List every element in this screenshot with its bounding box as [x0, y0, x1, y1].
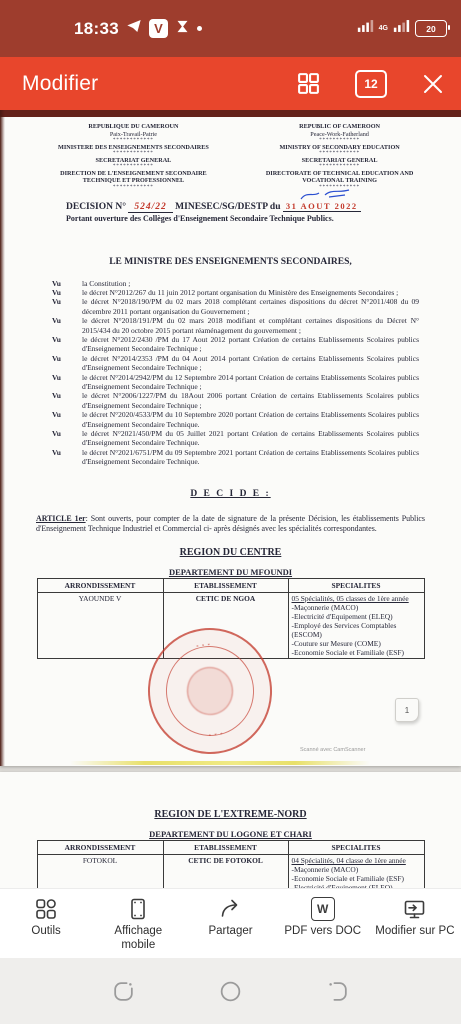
letterhead-direction-fr: DIRECTION DE L'ENSEIGNEMENT SECONDAIRE T…: [42, 170, 225, 185]
minister-heading: LE MINISTRE DES ENSEIGNEMENTS SECONDAIRE…: [0, 257, 461, 267]
vu-label: Vu: [52, 391, 82, 410]
tools-label: Outils: [31, 925, 60, 939]
camscanner-footer: Scanné avec CamScanner: [300, 747, 365, 753]
specialites-intro: 05 Spécialités, 05 classes de 1ère année: [292, 594, 421, 603]
region-heading: REGION DU CENTRE: [0, 547, 461, 558]
monitor-arrow-icon: [402, 896, 427, 922]
mobile-view-button[interactable]: Affichage mobile: [92, 896, 184, 952]
cell-arrondissement: FOTOKOL: [37, 855, 163, 889]
letterhead-motto-fr: Paix-Travail-Patrie: [42, 131, 225, 139]
specialty: -Maçonnerie (MACO): [292, 603, 421, 612]
decision-middle: MINESEC/SG/DESTP du: [175, 202, 280, 212]
specialty: -Economie Sociale et Familiale (ESF): [292, 874, 421, 883]
vu-item: Vule décret N°2014/2353 /PM du 04 Aout 2…: [52, 354, 419, 373]
document-canvas[interactable]: REPUBLIQUE DU CAMEROUN Paix-Travail-Patr…: [0, 110, 461, 888]
letterhead-country-fr: REPUBLIQUE DU CAMEROUN: [42, 123, 225, 131]
letterhead-ministry-fr: MINISTERE DES ENSEIGNEMENTS SECONDAIRES: [42, 144, 225, 152]
vu-text: le décret N°2021/6751/PM du 09 Septembre…: [82, 448, 419, 467]
vu-item: Vule décret N°2021/6751/PM du 09 Septemb…: [52, 448, 419, 467]
recents-nav-icon[interactable]: [111, 979, 136, 1004]
back-nav-icon[interactable]: [325, 979, 350, 1004]
stars-divider: ************: [42, 185, 225, 191]
vu-item: Vula Constitution ;: [52, 279, 419, 288]
hourglass-icon: [175, 19, 190, 39]
vu-item: Vule décret N°2021/450/PM du 05 Juillet …: [52, 429, 419, 448]
letterhead-secretariat-en: SECRETARIAT GENERAL: [248, 157, 431, 165]
pen-signature-mark: [299, 187, 351, 208]
vu-item: Vule décret N°2014/2942/PM du 12 Septemb…: [52, 373, 419, 392]
decision-prefix: DECISION N°: [66, 202, 126, 212]
vu-item: Vule décret N°2018/190/PM du 02 mars 201…: [52, 297, 419, 316]
letterhead-direction-en: DIRECTORATE OF TECHNICAL EDUCATION AND V…: [248, 170, 431, 185]
vu-text: le décret N°2018/191/PM du 02 mars 2018 …: [82, 316, 419, 335]
vu-label: Vu: [52, 410, 82, 429]
close-icon[interactable]: [421, 72, 445, 96]
status-bar: 18:33 V 4G 20: [0, 0, 461, 57]
scan-edge-top: [0, 110, 461, 117]
specialty: -Economie Sociale et Familiale (ESF): [292, 648, 421, 657]
vu-label: Vu: [52, 316, 82, 335]
vu-text: la Constitution ;: [82, 279, 419, 288]
letterhead-country-en: REPUBLIC OF CAMEROON: [248, 123, 431, 131]
document-page-1[interactable]: REPUBLIQUE DU CAMEROUN Paix-Travail-Patr…: [0, 110, 461, 766]
letterhead-ministry-en: MINISTRY OF SECONDARY EDUCATION: [248, 144, 431, 152]
scan-yellow-streak: [70, 761, 370, 765]
pdf-to-doc-label: PDF vers DOC: [284, 925, 361, 939]
article-label: ARTICLE 1er: [36, 514, 86, 523]
signal-bars-icon: [357, 19, 374, 38]
grid-view-icon[interactable]: [296, 71, 321, 96]
letterhead-secretariat-fr: SECRETARIAT GENERAL: [42, 157, 225, 165]
article-1: ARTICLE 1er: Sont ouverts, pour compter …: [0, 514, 461, 534]
app-header: Modifier 12: [0, 57, 461, 110]
tools-button[interactable]: Outils: [0, 896, 92, 939]
vu-item: Vule décret N°2018/191/PM du 02 mars 201…: [52, 316, 419, 335]
vu-text: le décret N°2014/2353 /PM du 04 Aout 201…: [82, 354, 419, 373]
specialty: -Maçonnerie (MACO): [292, 865, 421, 874]
col-arrondissement: ARRONDISSEMENT: [37, 841, 163, 855]
pdf-to-doc-button[interactable]: W PDF vers DOC: [277, 896, 369, 939]
letterhead: REPUBLIQUE DU CAMEROUN Paix-Travail-Patr…: [0, 117, 461, 191]
decision-title-block: DECISION N° 524/22 MINESEC/SG/DESTP du 3…: [0, 201, 461, 223]
vu-text: le décret N°2018/190/PM du 02 mars 2018 …: [82, 297, 419, 316]
col-arrondissement: ARRONDISSEMENT: [37, 578, 163, 592]
document-page-2[interactable]: REGION DE L'EXTREME-NORD DEPARTEMENT DU …: [0, 772, 461, 888]
article-text: : Sont ouverts, pour compter de la date …: [36, 514, 425, 533]
specialties-table-2: ARRONDISSEMENT ETABLISSEMENT SPECIALITES…: [37, 840, 425, 888]
share-label: Partager: [208, 925, 252, 939]
vu-label: Vu: [52, 297, 82, 316]
network-type-label: 4G: [379, 26, 388, 32]
col-etablissement: ETABLISSEMENT: [163, 578, 288, 592]
vu-text: le décret N°2012/267 du 11 juin 2012 por…: [82, 288, 419, 297]
col-specialites: SPECIALITES: [288, 578, 424, 592]
page-number: 1: [405, 706, 409, 715]
table-row: FOTOKOL CETIC DE FOTOKOL 04 Spécialités,…: [37, 855, 424, 889]
notification-dot-icon: [197, 26, 202, 31]
specialty: -Employé des Services Comptables (ESCOM): [292, 621, 421, 639]
cell-specialites: 05 Spécialités, 05 classes de 1ère année…: [288, 592, 424, 658]
specialty: -Couture sur Mesure (COME): [292, 639, 421, 648]
letterhead-motto-en: Peace-Work-Fatherland: [248, 131, 431, 139]
bottom-toolbar: Outils Affichage mobile Partager W PDF v…: [0, 888, 461, 958]
vu-text: le décret N°2014/2942/PM du 12 Septembre…: [82, 373, 419, 392]
cell-etablissement: CETIC DE FOTOKOL: [163, 855, 288, 889]
vu-item: Vule décret N°2012/267 du 11 juin 2012 p…: [52, 288, 419, 297]
mobile-view-icon: [126, 896, 150, 922]
department-heading: DEPARTEMENT DU MFOUNDI: [0, 567, 461, 577]
vu-item: Vule décret N°2012/2430 /PM du 17 Aout 2…: [52, 335, 419, 354]
edit-on-pc-button[interactable]: Modifier sur PC: [369, 896, 461, 939]
tools-grid-icon: [34, 896, 58, 922]
table-header-row: ARRONDISSEMENT ETABLISSEMENT SPECIALITES: [37, 578, 424, 592]
specialty: -Electricité d'Equipement (ELEQ): [292, 612, 421, 621]
vu-label: Vu: [52, 448, 82, 467]
cell-specialites: 04 Spécialités, 04 classe de 1ère année …: [288, 855, 424, 889]
word-doc-icon: W: [311, 896, 335, 922]
vu-text: le décret N°2021/450/PM du 05 Juillet 20…: [82, 429, 419, 448]
share-button[interactable]: Partager: [184, 896, 276, 939]
vu-label: Vu: [52, 429, 82, 448]
vu-label: Vu: [52, 335, 82, 354]
vu-item: Vule décret N°2020/4533/PM du 10 Septemb…: [52, 410, 419, 429]
vu-label: Vu: [52, 288, 82, 297]
page-count-badge[interactable]: 12: [355, 70, 387, 98]
letterhead-french: REPUBLIQUE DU CAMEROUN Paix-Travail-Patr…: [42, 123, 225, 191]
vu-text: le décret N°2006/1227/PM du 18Aout 2006 …: [82, 391, 419, 410]
home-nav-icon[interactable]: [218, 979, 243, 1004]
col-etablissement: ETABLISSEMENT: [163, 841, 288, 855]
decide-heading: D E C I D E :: [0, 489, 461, 499]
vu-label: Vu: [52, 354, 82, 373]
decision-number-handwritten: 524/22: [128, 202, 172, 213]
letterhead-english: REPUBLIC OF CAMEROON Peace-Work-Fatherla…: [248, 123, 431, 191]
battery-level: 20: [426, 24, 435, 34]
vu-label: Vu: [52, 373, 82, 392]
signal-bars2-icon: [393, 19, 410, 38]
telegram-icon: [126, 18, 142, 39]
clock: 18:33: [74, 19, 119, 39]
battery-icon: 20: [415, 20, 447, 37]
share-arrow-icon: [218, 896, 243, 922]
col-specialites: SPECIALITES: [288, 841, 424, 855]
edit-on-pc-label: Modifier sur PC: [375, 925, 454, 939]
specialites-intro: 04 Spécialités, 04 classe de 1ère année: [292, 856, 421, 865]
android-nav-bar: [0, 958, 461, 1024]
page-title: Modifier: [22, 72, 98, 96]
page-number-corner: 1: [395, 698, 419, 722]
v-app-icon: V: [149, 19, 168, 38]
decision-subtitle: Portant ouverture des Collèges d'Enseign…: [66, 214, 431, 223]
vu-text: le décret N°2012/2430 /PM du 17 Aout 201…: [82, 335, 419, 354]
department-heading-2: DEPARTEMENT DU LOGONE ET CHARI: [0, 829, 461, 839]
mobile-view-label: Affichage mobile: [96, 925, 180, 952]
vu-label: Vu: [52, 279, 82, 288]
vu-text: le décret N°2020/4533/PM du 10 Septembre…: [82, 410, 419, 429]
vu-item: Vule décret N°2006/1227/PM du 18Aout 200…: [52, 391, 419, 410]
cell-arrondissement: YAOUNDE V: [37, 592, 163, 658]
region-heading-2: REGION DE L'EXTREME-NORD: [0, 809, 461, 820]
vu-list: Vula Constitution ; Vule décret N°2012/2…: [0, 279, 461, 467]
table-header-row: ARRONDISSEMENT ETABLISSEMENT SPECIALITES: [37, 841, 424, 855]
